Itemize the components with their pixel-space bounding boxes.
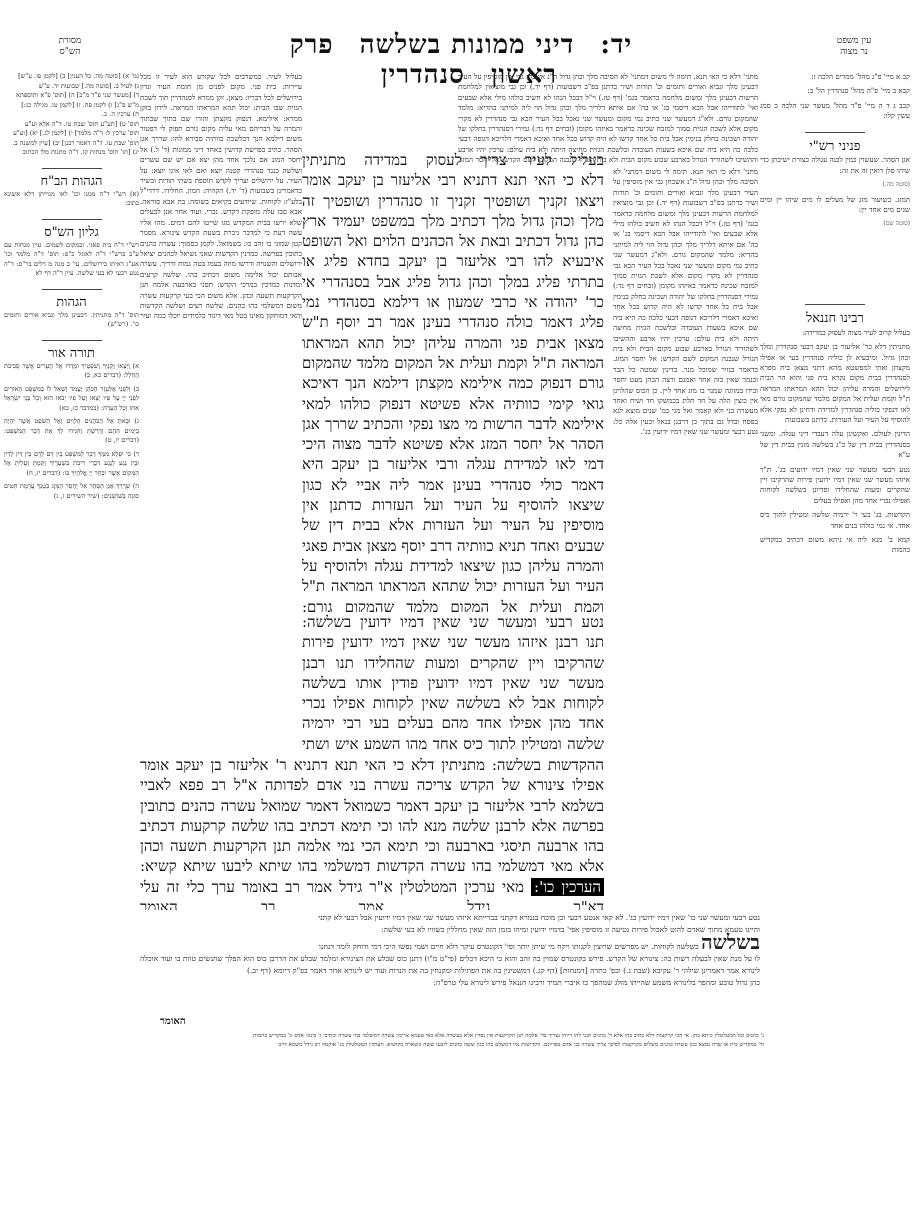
chananel-para: נטע רבעי ומעשר שני שאין דמיו ידועים בג'.… (760, 465, 910, 507)
pninei-rashi-para: אגן הסהר. שעשוין כמין לבנה עגולה כצורת י… (760, 155, 910, 176)
ornament-divider (760, 128, 910, 138)
bottom-line: לו על מנת שאין לבעלה רשות בה: צינורא של … (140, 953, 760, 977)
bottom-commentary: נטע רבעי ומעשר שני כו' שאין דמיו ידועין … (140, 912, 760, 1012)
torah-or-verse: ג) וּבָאתָ אֶל הַכֹּהֲנִים הַלְוִיִּם וְ… (4, 417, 139, 446)
ornament-divider (760, 300, 910, 310)
masoret-line: מ"ש פ"ג] ו) לקמן פח. ז) [לקמן טו. מגילה … (4, 101, 139, 111)
ein-mishpat-entry: קכא ב מיי' פ"ה מהל' סנהדרין הל' ב: (760, 86, 910, 96)
masoret-line: תוס' שבת עו. ד"ה דאמר רבנן] יב) [עיין למ… (4, 139, 139, 149)
hagahot-title: הגהות (4, 298, 139, 308)
bottom-line: כהן גדול טובע ומהפך בלינורא משמע שהייתו … (140, 977, 760, 989)
pninei-rashi: אגן הסהר. שעשוין כמין לבנה עגולה כצורת י… (760, 155, 910, 229)
ornament-divider (4, 285, 139, 295)
catchword: האומר (160, 1016, 240, 1032)
left-margin-column: גמ' א) [סוטה מה. כל הענין] ב) [לקמן פו. … (4, 72, 139, 972)
footnote-line: וד' במקדיש בית או שדה נמצא כגון עשרה כהנ… (4, 1041, 764, 1050)
torah-or-title: תורה אור (4, 349, 139, 359)
ein-mishpat: קכ א מיי' פ"ג מהל' ממרים הלכה ז: קכא ב מ… (760, 72, 910, 122)
hagahot-text: תוס' ד"ה מתניתין. דבעינן מלך ונביא אורים… (4, 311, 139, 330)
bottom-line: נטע רבעי ומעשר שני כו' שאין דמיו ידועין … (140, 912, 760, 924)
chananel-para: מתניתין דלא כר' אליעזר בן יעקב דבעי סנהד… (760, 342, 910, 425)
dibbur-hamatchil-highlight: הערכין כו': (531, 878, 604, 896)
tractate-name: סנהדרין (381, 60, 465, 90)
footnotes: ג' כהנים וכל המטלטלין כיתא בהן. אי הכי ק… (4, 1032, 764, 1062)
rabbeinu-chananel-title: רבינו חננאל (760, 314, 910, 324)
rashi-column: בעליל לעיר. כמשרבים לכל שקורע הוא לעיר ז… (140, 72, 302, 712)
hagahot-habach-title: הגהות הב"ח (4, 177, 139, 187)
masoret-line: יג) [תו' תוס' מנחות קז. ד"ה מתנות מלו הכ… (4, 148, 139, 158)
gemara-main: בעליל לעיר צריך לעסוק במדידה מתניתין דלא… (302, 150, 604, 612)
right-margin-column: קכ א מיי' פ"ג מהל' ממרים הלכה ז: קכא ב מ… (760, 72, 910, 1072)
tosafot-text-continued: מתני' דלא כי האי תנא. תימה לי משום דמתני… (613, 167, 758, 436)
rabbeinu-chananel: בעליל קרוב לעיר מצוה לעסוק במדידה: מתנית… (760, 328, 910, 556)
chananel-para: בעליל קרוב לעיר מצוה לעסוק במדידה: (760, 328, 910, 338)
ornament-divider (4, 336, 139, 346)
gemara-paragraph: דלא כי האי תנא דתניא רבי אליעזר בן יעקב … (302, 170, 604, 612)
folio-number: יד: (600, 30, 632, 60)
ornament-divider (4, 164, 139, 174)
masoret-line: ח) ערכין ה. כ. (4, 110, 139, 120)
chananel-para: הקדשות. בג' בעי ר' ירמיה שלשה ומטילין לת… (760, 510, 910, 531)
ornament-divider (4, 215, 139, 225)
label-line: עין משפט (824, 36, 884, 47)
gemara-closing: הערכין כו': מאי ערכין המטלטלין א"ר גידל … (140, 877, 604, 910)
label-line: מסורת (40, 36, 100, 47)
chananel-para: הדינין לעולם. ואקשינן עלה דעבדי דיני עגל… (760, 429, 910, 460)
tosafot-column: מתני' דלא כי האי תנא. תימה לי משום דמתני… (613, 167, 758, 892)
gilyon-hashas-text: רש"י ד"ה בית פאגי. ובמקום לשמים. עיין מנ… (4, 241, 139, 279)
bottom-line: בשלשה בשלשה לקוחות. יש מפרשים שרוצין לקנ… (140, 936, 760, 953)
masoret-line: תוס' ט) [תע"ע תוס' שבת טו. ד"ה אלא וע"ע (4, 120, 139, 130)
masoret-line: גמ' א) [סוטה מה. כל הענין] ב) [לקמן פו. … (4, 72, 139, 82)
masoret-line: תוס' ערכין ל: ד"ה מלמד] י) [לקמן לג.] יא… (4, 129, 139, 139)
ein-mishpat-entry: קכ א מיי' פ"ג מהל' ממרים הלכה ז: (760, 72, 910, 82)
masoret-line: ד) [מעשר שני פ"ד מ"ב] ה) [תוס' פ"א ותוספ… (4, 91, 139, 101)
chapter-name: דיני ממונות בשלשה (360, 30, 575, 60)
ein-mishpat-label: עין משפט נר מצוה (824, 36, 884, 58)
torah-or-verse: ב) וְלִפְנֵי אֶלְעָזָר הַכֹּהֵן יַעֲמֹד … (4, 385, 139, 414)
label-line: נר מצוה (824, 47, 884, 58)
hagahot-habach-text: (א) רש"י ד"ה ממנו וכו' לאו מגוייתן דלא א… (4, 190, 139, 209)
gilyon-hashas-title: גליון הש"ס (4, 228, 139, 238)
gemara-wide: ההקדשות בשלשה: מתניתין דלא כי האי תנא דת… (140, 755, 604, 910)
bottom-line-text: בשלשה לקוחות. יש מפרשים שרוצין לקנותו וי… (319, 942, 699, 951)
rashi-text: בעליל לעיר. כמשרבים לכל שקורע הוא לעיר ז… (140, 72, 302, 320)
masoret-line: ג) לעיל ב. [סוטה מה.] שבועות יד. ע"ש (4, 82, 139, 92)
masoret-hashas: גמ' א) [סוטה מה. כל הענין] ב) [לקמן פו. … (4, 72, 139, 158)
source-ref: (סוטה מה.) (760, 180, 910, 190)
gemara-paragraph: תנו רבנן איזהו מעשר שני שאין דמיו ידועין… (302, 632, 604, 750)
pninei-rashi-title: פניני רש"י (760, 142, 910, 152)
masoret-label: מסורת הש"ס (40, 36, 100, 58)
chananel-para: קמא ב' מנא ליה אי ניתא משום דכתיב במקדיש… (760, 535, 910, 556)
dibbur-bishlosha: בשלשה (701, 930, 760, 954)
ein-mishpat-entry: קכב ג ד ה מיי' פ"ד מהל' מעשר שני הלכה כ … (760, 101, 910, 122)
pninei-rashi-para: המזג. כשיעור מזג של מעלים לו מים שיהו יי… (760, 195, 910, 216)
label-line: הש"ס (40, 47, 100, 58)
page-header: עין משפט נר מצוה יד: דיני ממונות בשלשה פ… (0, 30, 914, 70)
gemara-mishnah-2: נטע רבעי ומעשר שני שאין דמיו ידועין בשלש… (302, 612, 604, 750)
mishnah-line: נטע רבעי ומעשר שני שאין דמיו ידועין בשלש… (302, 612, 604, 632)
torah-or-verse: ד) כִּי יִפָּלֵא מִמְּךָ דָבָר לַמִּשְׁפ… (4, 450, 139, 479)
gemara-paragraph: ההקדשות בשלשה: מתניתין דלא כי האי תנא דת… (140, 755, 604, 877)
bottom-line: והיינו טעמא מתוך שאדם להוט לאכול פירות נ… (140, 924, 760, 936)
torah-or: א) וְיָצְאוּ זְקֵנֶיךָ וְשֹׁפְטֶיךָ וּמָ… (4, 362, 139, 502)
torah-or-verse: ה) שָׁרְרֵךְ אַגַּן הַסַּהַר אַל יֶחְסַר… (4, 482, 139, 501)
gemara-opening: בעליל לעיר צריך לעסוק במדידה מתניתין (302, 150, 604, 170)
footnote-line: ג' כהנים וכל המטלטלין כיתא בהן. אי הכי ק… (4, 1032, 764, 1041)
torah-or-verse: א) וְיָצְאוּ זְקֵנֶיךָ וְשֹׁפְטֶיךָ וּמָ… (4, 362, 139, 381)
source-ref: (סוטה שם) (760, 219, 910, 229)
